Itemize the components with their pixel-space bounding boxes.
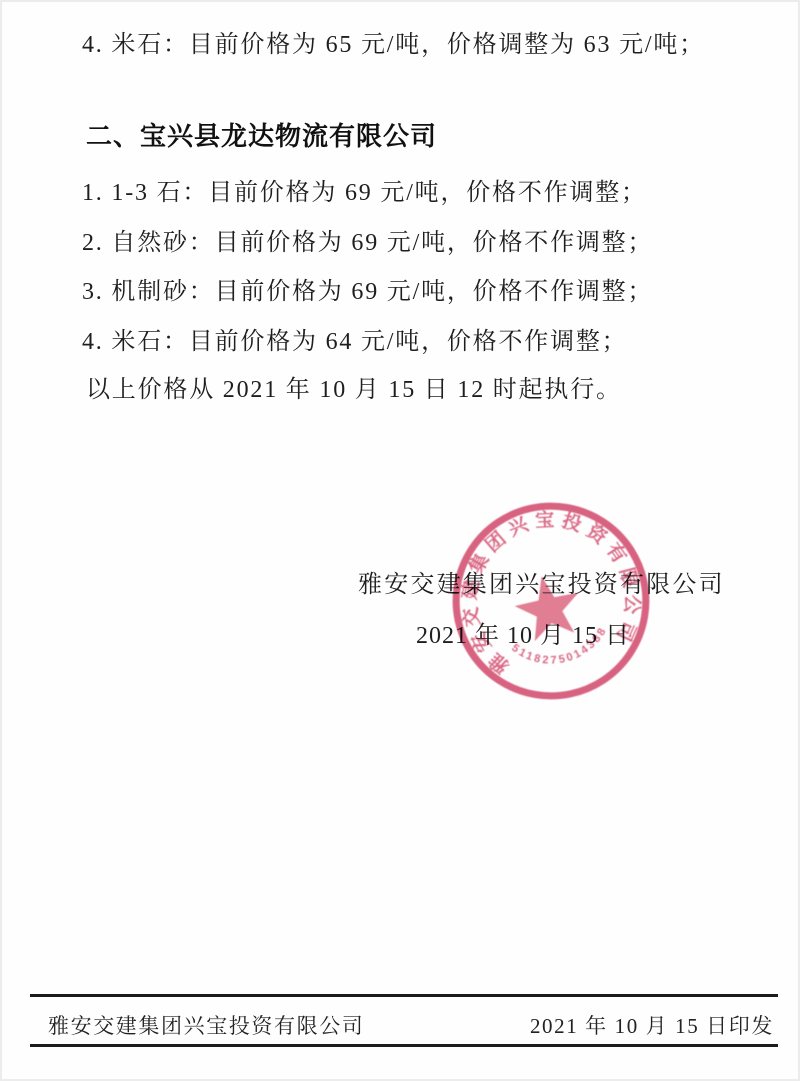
official-seal-graphic: 雅安交建集团兴宝投资有限公司 5118275014388 bbox=[440, 490, 662, 712]
document-page: 4. 米石：目前价格为 65 元/吨，价格调整为 63 元/吨； 二、宝兴县龙达… bbox=[0, 0, 800, 1081]
footer-rule-top bbox=[30, 994, 778, 997]
price-item-1: 1. 1-3 石：目前价格为 69 元/吨，价格不作调整； bbox=[82, 172, 647, 207]
signature-date: 2021 年 10 月 15 日 bbox=[416, 615, 630, 650]
signature-company: 雅安交建集团兴宝投资有限公司 bbox=[358, 564, 725, 599]
effective-date-line: 以上价格从 2021 年 10 月 15 日 12 时起执行。 bbox=[86, 369, 622, 404]
price-line-misha-adjusted: 4. 米石：目前价格为 65 元/吨，价格调整为 63 元/吨； bbox=[82, 24, 705, 59]
price-item-2: 2. 自然砂：目前价格为 69 元/吨，价格不作调整； bbox=[82, 222, 653, 257]
footer-print-date: 2021 年 10 月 15 日印发 bbox=[530, 1010, 774, 1040]
price-item-4: 4. 米石：目前价格为 64 元/吨，价格不作调整； bbox=[82, 321, 627, 356]
footer-issuer: 雅安交建集团兴宝投资有限公司 bbox=[48, 1010, 364, 1040]
price-item-3: 3. 机制砂：目前价格为 69 元/吨，价格不作调整； bbox=[82, 271, 653, 306]
seal-ring bbox=[440, 490, 662, 712]
official-seal: 雅安交建集团兴宝投资有限公司 5118275014388 bbox=[440, 490, 662, 712]
section-heading: 二、宝兴县龙达物流有限公司 bbox=[86, 116, 437, 153]
footer-rule-bottom bbox=[30, 1044, 778, 1047]
